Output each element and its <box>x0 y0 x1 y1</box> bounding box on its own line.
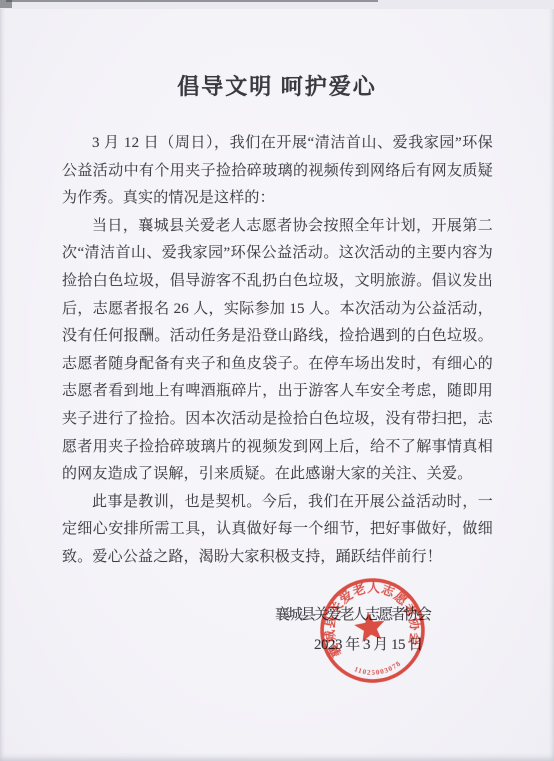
scan-corner-artifact <box>0 0 12 8</box>
document-title: 倡导文明 呵护爱心 <box>0 70 554 101</box>
scanned-document-page: 倡导文明 呵护爱心 3 月 12 日（周日），我们在开展“清洁首山、爱我家园”环… <box>0 0 554 761</box>
seal-arc-text-wrap: 襄城县关爱老人志愿者协会 <box>316 573 425 660</box>
paragraph-conclusion: 此事是教训，也是契机。今后，我们在开展公益活动时，一定细心安排所需工具，认真做好… <box>62 489 493 572</box>
scan-edge-line <box>6 0 378 2</box>
paragraph-explanation: 当日，襄城县关爱老人志愿者协会按照全年计划，开展第二次“清洁首山、爱我家园”环保… <box>62 213 493 489</box>
seal-star-icon <box>353 610 387 643</box>
seal-arc-text: 襄城县关爱老人志愿者协会 <box>316 573 425 660</box>
official-seal-stamp: 襄城县关爱老人志愿者协会 4110250030783 <box>304 562 441 699</box>
paragraph-intro: 3 月 12 日（周日），我们在开展“清洁首山、爱我家园”环保公益活动中有个用夹… <box>62 130 493 213</box>
document-body: 3 月 12 日（周日），我们在开展“清洁首山、爱我家园”环保公益活动中有个用夹… <box>62 130 493 572</box>
